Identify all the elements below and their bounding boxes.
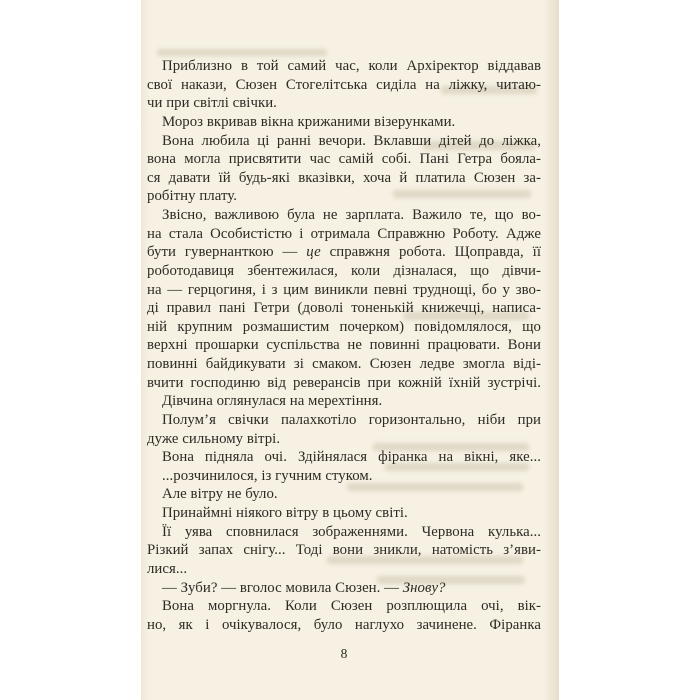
- text-line: Її уява сповнилася зображеннями. Червона…: [147, 523, 541, 542]
- book-page: Приблизно в той самий час, коли Архірект…: [141, 0, 559, 700]
- text-segment: Але вітру не було.: [162, 486, 278, 502]
- text-segment: Вона любила ці ранні вечори. Вклавши діт…: [162, 133, 541, 149]
- text-line: Вона любила ці ранні вечори. Вклавши діт…: [147, 132, 541, 151]
- text-line: — Зуби? — вголос мовила Сюзен. — Знову?: [147, 579, 541, 598]
- text-segment: Принаймні ніякого вітру в цьому світі.: [162, 505, 408, 521]
- text-segment: на — герцогиня, і з цим виникли певні тр…: [147, 282, 541, 298]
- text-segment: верхні прошарки суспільства не повинні п…: [147, 337, 541, 353]
- text-segment: лися...: [147, 561, 187, 577]
- text-line: робітну плату.: [147, 187, 541, 206]
- text-segment: Її уява сповнилася зображеннями. Червона…: [162, 524, 541, 540]
- text-line: бути гувернанткою — це справжня робота. …: [147, 243, 541, 262]
- text-segment: — Зуби? — вголос мовила Сюзен. —: [162, 580, 403, 596]
- text-line: на — герцогиня, і з цим виникли певні тр…: [147, 281, 541, 300]
- book-photo: Приблизно в той самий час, коли Архірект…: [0, 0, 700, 700]
- text-line: Полум’я свічки палахкотіло горизонтально…: [147, 411, 541, 430]
- text-segment: на стала Особистістю і отримала Справжню…: [147, 226, 541, 242]
- text-line: Приблизно в той самий час, коли Архірект…: [147, 57, 541, 76]
- text-line: но, як і очікувалося, було наглухо зачин…: [147, 616, 541, 635]
- text-segment: Дівчина оглянулася на мерехтіння.: [162, 393, 382, 409]
- text-segment: вона могла присвятити час самій собі. Па…: [147, 151, 541, 167]
- text-line: Але вітру не було.: [147, 485, 541, 504]
- text-line: чи при світлі свічки.: [147, 94, 541, 113]
- text-line: верхні прошарки суспільства не повинні п…: [147, 336, 541, 355]
- text-segment: ...розчинилося, із гучним стуком.: [162, 468, 373, 484]
- text-segment: Різкий запах снігу... Тоді вони зникли, …: [147, 542, 541, 558]
- text-line: вона могла присвятити час самій собі. Па…: [147, 150, 541, 169]
- text-line: на стала Особистістю і отримала Справжню…: [147, 225, 541, 244]
- text-segment: Приблизно в той самий час, коли Архірект…: [162, 58, 541, 74]
- text-segment: Мороз вкривав вікна крижаними візерункам…: [162, 114, 455, 130]
- italic-text-segment: Знову?: [403, 580, 446, 596]
- text-segment: ній крупним розмашистим почерком) повідо…: [147, 319, 541, 335]
- text-segment: Вона підняла очі. Здійнялася фіранка на …: [162, 449, 541, 465]
- text-segment: Полум’я свічки палахкотіло горизонтально…: [162, 412, 541, 428]
- page-showthrough: [157, 49, 327, 56]
- text-line: роботодавиця збентежилася, коли дізналас…: [147, 262, 541, 281]
- text-segment: роботодавиця збентежилася, коли дізналас…: [147, 263, 541, 279]
- text-line: ...розчинилося, із гучним стуком.: [147, 467, 541, 486]
- text-segment: дуже сильному вітрі.: [147, 431, 280, 447]
- text-line: лися...: [147, 560, 541, 579]
- text-segment: Вона моргнула. Коли Сюзен розплющила очі…: [162, 598, 541, 614]
- text-segment: повинні байдикувати зі смаком. Сюзен лед…: [147, 356, 541, 372]
- text-segment: робітну плату.: [147, 188, 237, 204]
- text-segment: Звісно, важливою була не зарплата. Важил…: [162, 207, 541, 223]
- text-line: свої накази, Сюзен Стогелітська сиділа н…: [147, 76, 541, 95]
- text-line: дуже сильному вітрі.: [147, 430, 541, 449]
- text-segment: ся давати їй будь-які вказівки, хоча й п…: [147, 170, 541, 186]
- text-segment: но, як і очікувалося, було наглухо зачин…: [147, 617, 541, 633]
- text-line: ній крупним розмашистим почерком) повідо…: [147, 318, 541, 337]
- text-line: Дівчина оглянулася на мерехтіння.: [147, 392, 541, 411]
- page-number: 8: [147, 646, 541, 662]
- text-line: Звісно, важливою була не зарплата. Важил…: [147, 206, 541, 225]
- text-segment: ді правил пані Гетри (доволі тоненькій к…: [147, 300, 541, 316]
- text-line: вчити господиню від реверансів при кожні…: [147, 374, 541, 393]
- text-line: Принаймні ніякого вітру в цьому світі.: [147, 504, 541, 523]
- text-line: повинні байдикувати зі смаком. Сюзен лед…: [147, 355, 541, 374]
- text-line: Вона підняла очі. Здійнялася фіранка на …: [147, 448, 541, 467]
- text-segment: свої накази, Сюзен Стогелітська сиділа н…: [147, 77, 541, 93]
- text-line: ді правил пані Гетри (доволі тоненькій к…: [147, 299, 541, 318]
- text-block: Приблизно в той самий час, коли Архірект…: [147, 57, 541, 634]
- text-segment: вчити господиню від реверансів при кожні…: [147, 375, 541, 391]
- italic-text-segment: це: [306, 244, 320, 260]
- text-segment: справжня робота. Щоправда, її: [321, 244, 541, 260]
- text-segment: чи при світлі свічки.: [147, 95, 277, 111]
- text-segment: бути гувернанткою —: [147, 244, 306, 260]
- text-line: ся давати їй будь-які вказівки, хоча й п…: [147, 169, 541, 188]
- text-line: Вона моргнула. Коли Сюзен розплющила очі…: [147, 597, 541, 616]
- text-line: Мороз вкривав вікна крижаними візерункам…: [147, 113, 541, 132]
- text-line: Різкий запах снігу... Тоді вони зникли, …: [147, 541, 541, 560]
